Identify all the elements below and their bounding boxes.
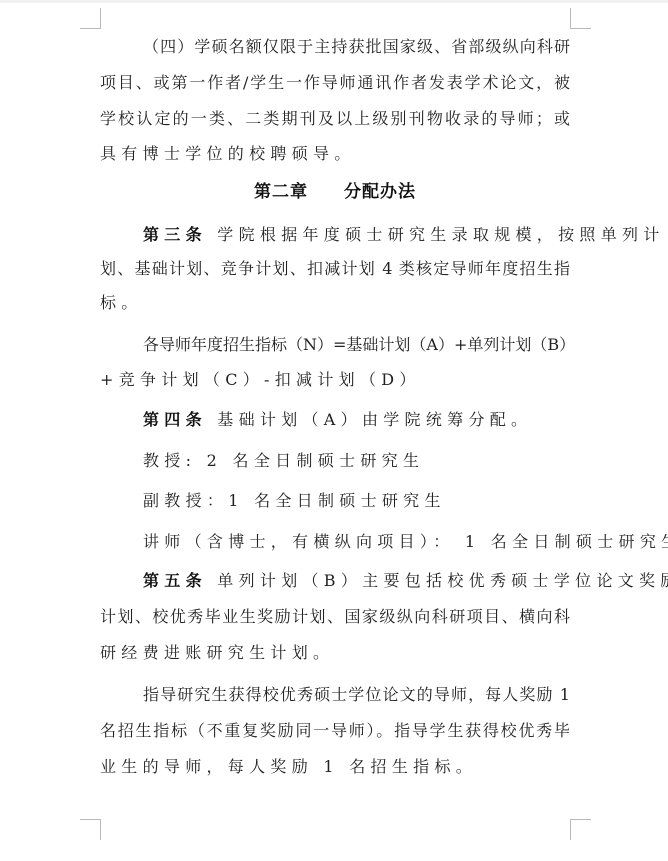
text-line: 指导研究生获得校优秀硕士学位论文的导师，每人奖励 1 bbox=[143, 684, 570, 706]
text-line: 标。 bbox=[100, 292, 570, 314]
text-line: 学校认定的一类、二类期刊及以上级别刊物收录的导师；或 bbox=[100, 108, 570, 130]
article-text: 学院根据年度硕士研究生录取规模，按照单列计 bbox=[207, 225, 665, 244]
text-line: 业生的导师，每人奖励 1 名招生指标。 bbox=[100, 756, 570, 778]
text-line: 项目、或第一作者/学生一作导师通讯作者发表学术论文，被 bbox=[100, 72, 570, 94]
article-label: 第五条 bbox=[143, 571, 207, 590]
margin-corner-mark-top-left bbox=[80, 8, 101, 29]
text-line: 具有博士学位的校聘硕导。 bbox=[100, 143, 570, 165]
article-text: 基础计划（A）由学院统筹分配。 bbox=[207, 410, 532, 429]
margin-corner-mark-top-right bbox=[570, 8, 591, 29]
text-line: 计划、校优秀毕业生奖励计划、国家级纵向科研项目、横向科 bbox=[100, 606, 570, 628]
text-line: +竞争计划（C）-扣减计划（D） bbox=[100, 369, 570, 391]
quota-associate-professor: 副教授：1 名全日制硕士研究生 bbox=[143, 490, 570, 512]
text-line: 名招生指标（不重复奖励同一导师）。指导学生获得校优秀毕 bbox=[100, 720, 570, 742]
text-line: （四）学硕名额仅限于主持获批国家级、省部级纵向科研 bbox=[143, 36, 570, 58]
window-top-edge bbox=[0, 0, 668, 3]
text-line: 各导师年度招生指标（N）=基础计划（A）+单列计划（B） bbox=[143, 334, 570, 356]
quota-professor: 教授: 2 名全日制硕士研究生 bbox=[143, 450, 570, 472]
text-line: 研经费进账研究生计划。 bbox=[100, 642, 570, 664]
article-label: 第四条 bbox=[143, 410, 207, 429]
margin-corner-mark-bottom-left bbox=[80, 819, 101, 840]
article-text: 单列计划（B）主要包括校优秀硕士学位论文奖励 bbox=[207, 571, 668, 590]
text-line: 第三条 学院根据年度硕士研究生录取规模，按照单列计 bbox=[143, 224, 570, 246]
paragraph-article-4: 第四条 基础计划（A）由学院统筹分配。 bbox=[143, 409, 570, 431]
margin-corner-mark-bottom-right bbox=[570, 819, 591, 840]
chapter-heading: 第二章 分配办法 bbox=[100, 180, 570, 204]
quota-lecturer: 讲师（含博士，有横纵向项目）： 1 名全日制硕士研究生 bbox=[143, 531, 570, 553]
text-line: 第五条 单列计划（B）主要包括校优秀硕士学位论文奖励 bbox=[143, 570, 570, 592]
text-line: 划、基础计划、竞争计划、扣减计划 4 类核定导师年度招生指 bbox=[100, 258, 570, 280]
article-label: 第三条 bbox=[143, 225, 207, 244]
